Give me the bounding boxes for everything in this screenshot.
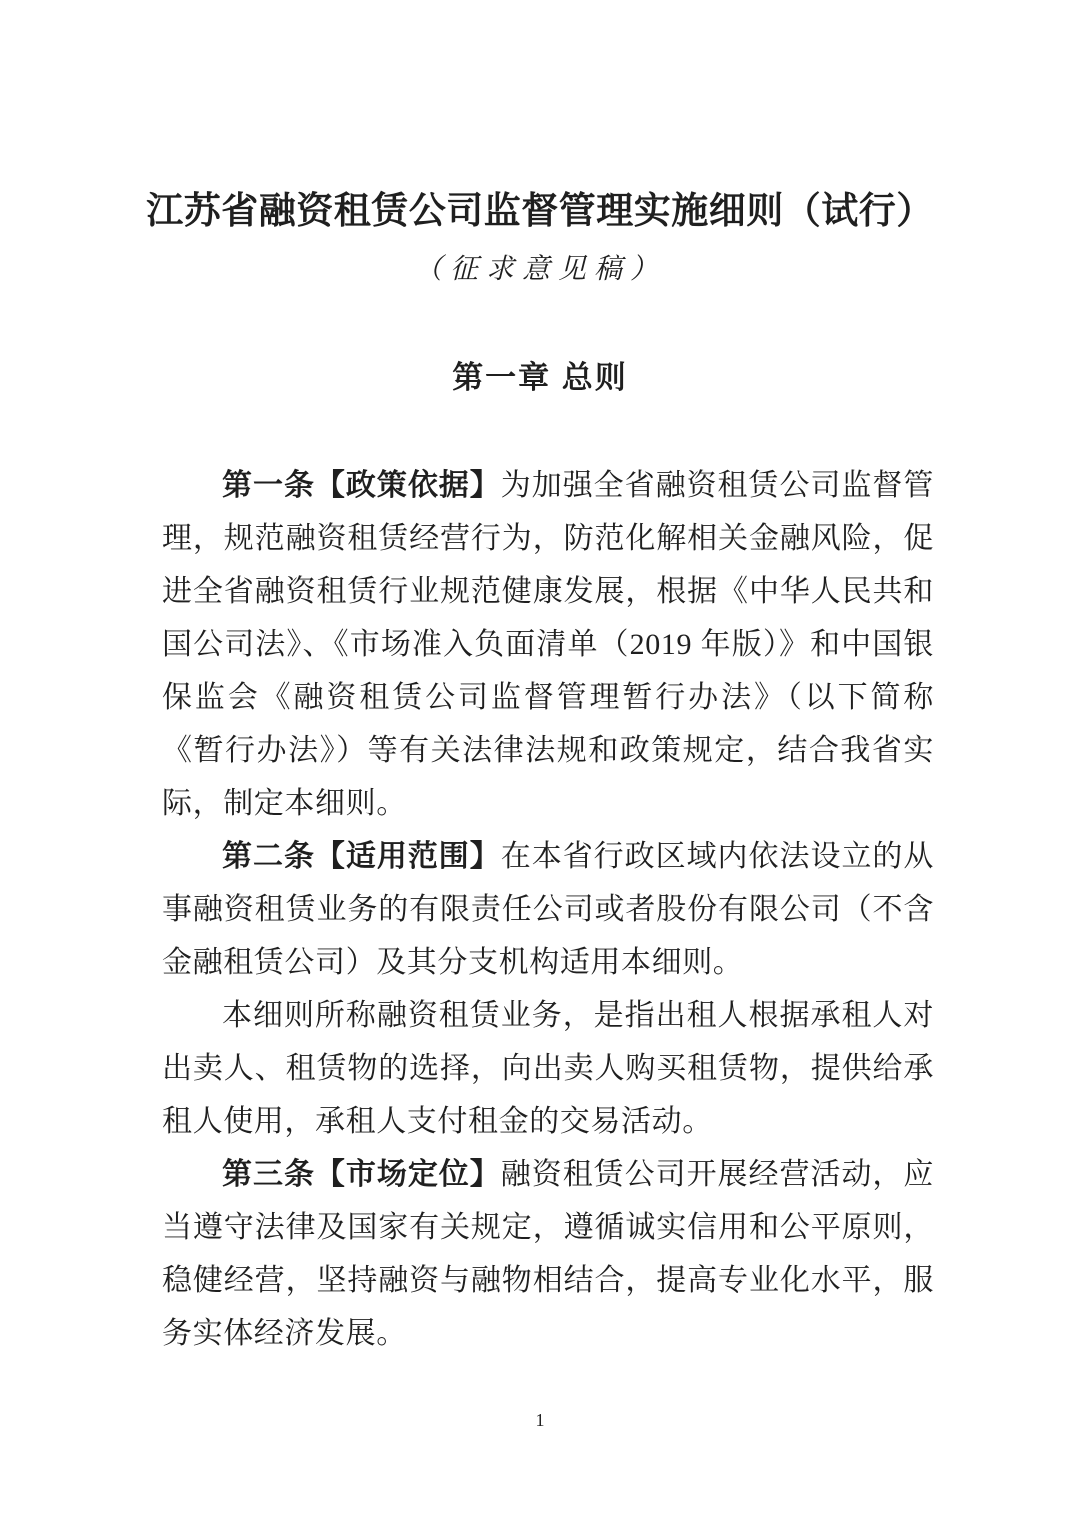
article-2-lead: 第二条【适用范围】 — [222, 840, 501, 873]
page-number: 1 — [0, 1410, 1080, 1431]
article-1-text: 为加强全省融资租赁公司监督管理，规范融资租赁经营行为，防范化解相关金融风险，促进… — [162, 469, 934, 820]
definition-paragraph-text: 本细则所称融资租赁业务，是指出租人根据承租人对出卖人、租赁物的选择，向出卖人购买… — [162, 999, 934, 1138]
document-body: 第一条【政策依据】为加强全省融资租赁公司监督管理，规范融资租赁经营行为，防范化解… — [162, 459, 934, 1360]
article-paragraph-2: 第二条【适用范围】在本省行政区域内依法设立的从事融资租赁业务的有限责任公司或者股… — [162, 830, 934, 989]
document-title: 江苏省融资租赁公司监督管理实施细则（试行） — [0, 180, 1080, 234]
definition-paragraph: 本细则所称融资租赁业务，是指出租人根据承租人对出卖人、租赁物的选择，向出卖人购买… — [162, 989, 934, 1148]
document-page: 江苏省融资租赁公司监督管理实施细则（试行） （征求意见稿） 第一章 总则 第一条… — [0, 0, 1080, 1527]
article-paragraph-3: 第三条【市场定位】融资租赁公司开展经营活动，应当遵守法律及国家有关规定，遵循诚实… — [162, 1148, 934, 1360]
chapter-heading: 第一章 总则 — [0, 352, 1080, 397]
article-paragraph-1: 第一条【政策依据】为加强全省融资租赁公司监督管理，规范融资租赁经营行为，防范化解… — [162, 459, 934, 830]
document-subtitle: （征求意见稿） — [0, 247, 1080, 287]
article-1-lead: 第一条【政策依据】 — [222, 469, 501, 502]
article-3-lead: 第三条【市场定位】 — [222, 1158, 501, 1191]
